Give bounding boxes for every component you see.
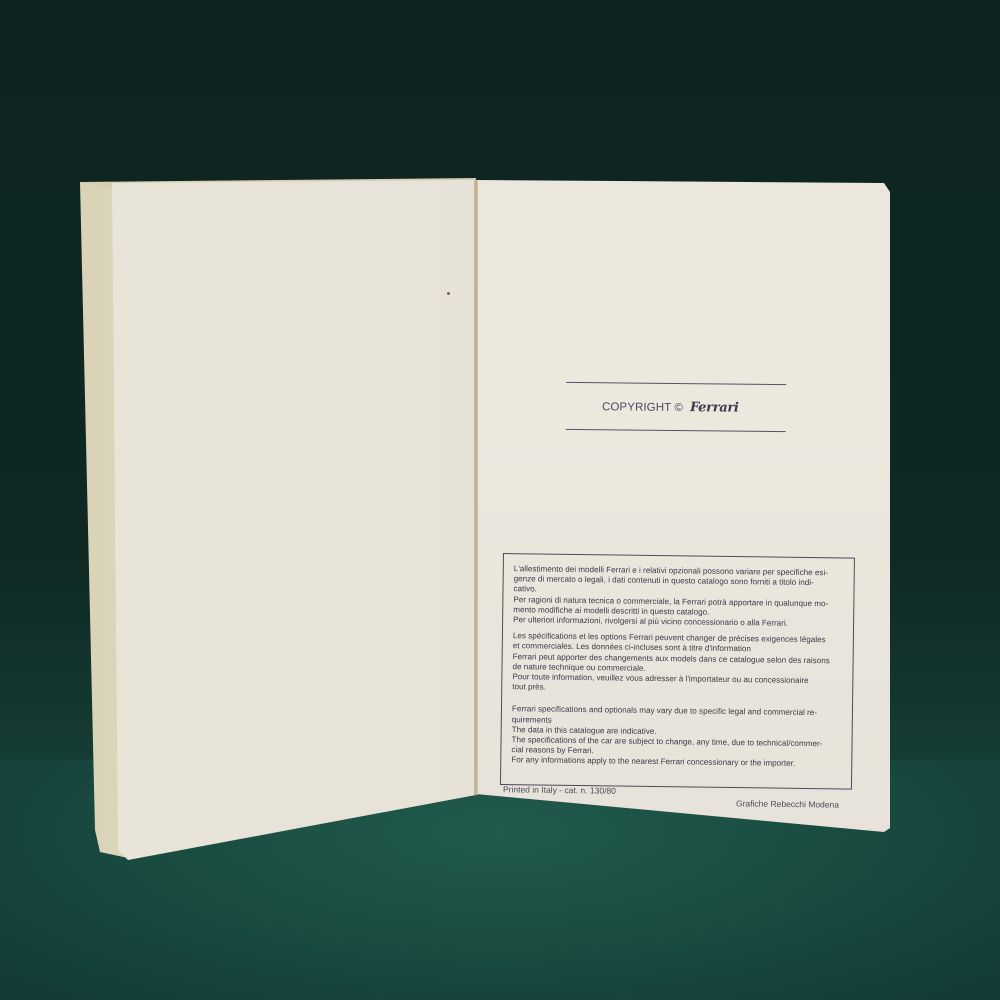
copyright-block: COPYRIGHT © Ferrari (566, 379, 787, 437)
copyright-label: COPYRIGHT © (602, 401, 683, 414)
rule-bottom (566, 429, 786, 432)
ferrari-logo: Ferrari (690, 400, 739, 416)
notice-it-1: L'allestimento dei modelli Ferrari e i r… (513, 564, 847, 599)
notice-fr-3: Pour toute information, veuillez vous ad… (512, 672, 846, 697)
book-gutter (474, 180, 478, 795)
print-info: Printed in Italy - cat. n. 130/80 (503, 784, 616, 795)
rule-top (566, 382, 786, 385)
legal-notice-box: L'allestimento dei modelli Ferrari e i r… (500, 553, 855, 790)
printer-credit: Grafiche Rebecchi Modena (736, 798, 839, 809)
paper-speck (447, 292, 450, 295)
photo-scene: COPYRIGHT © Ferrari L'allestimento dei m… (0, 0, 1000, 1000)
